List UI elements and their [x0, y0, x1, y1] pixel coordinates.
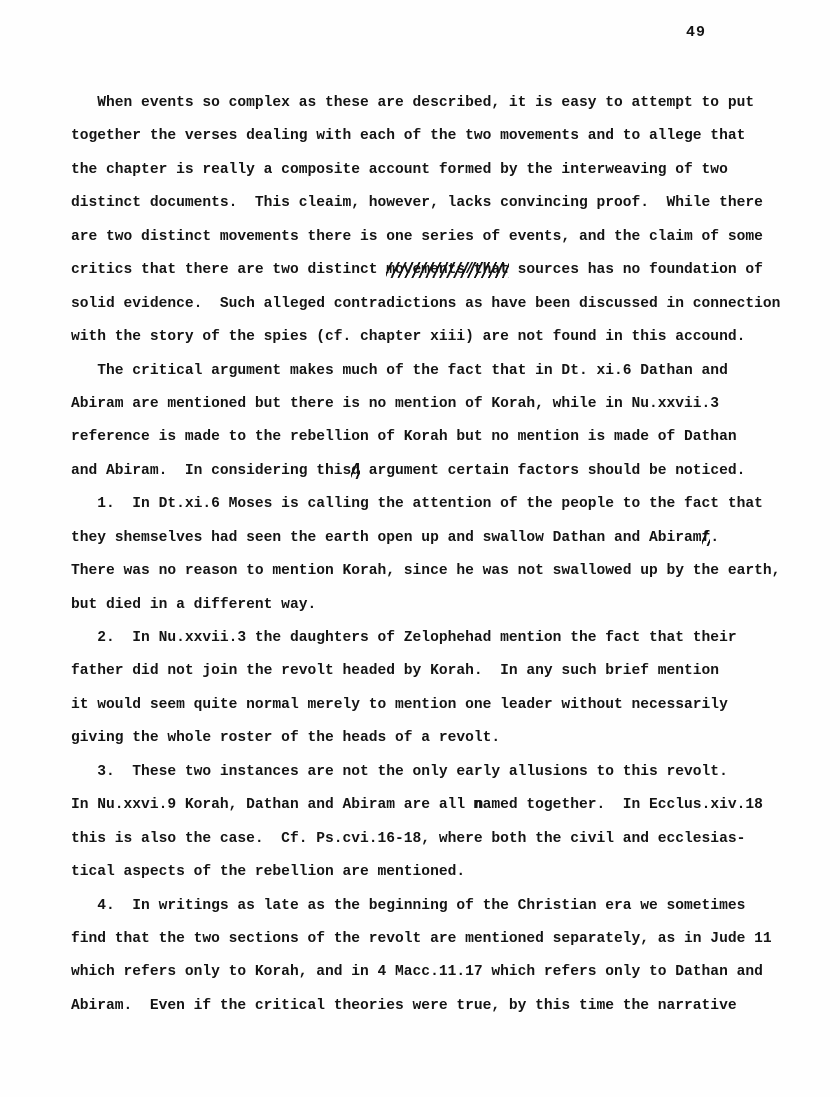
- text-segment: sources has no foundation of: [509, 262, 763, 278]
- text-segment: the chapter is really a composite accoun…: [71, 162, 728, 178]
- text-line: When events so complex as these are desc…: [71, 87, 811, 120]
- text-line: solid evidence. Such alleged contradicti…: [71, 288, 811, 321]
- text-segment: reference is made to the rebellion of Ko…: [71, 429, 737, 445]
- text-segment: giving the whole roster of the heads of …: [71, 730, 500, 746]
- text-line: 2. In Nu.xxvii.3 the daughters of Zeloph…: [71, 622, 811, 655]
- text-segment: argument certain factors should be notic…: [360, 463, 745, 479]
- text-line: 1. In Dt.xi.6 Moses is calling the atten…: [71, 488, 811, 521]
- text-line: which refers only to Korah, and in 4 Mac…: [71, 956, 811, 989]
- text-line: find that the two sections of the revolt…: [71, 923, 811, 956]
- text-segment: tical aspects of the rebellion are menti…: [71, 864, 465, 880]
- text-segment: There was no reason to mention Korah, si…: [71, 563, 780, 579]
- text-segment: 3. These two instances are not the only …: [71, 764, 728, 780]
- text-line: the chapter is really a composite accoun…: [71, 154, 811, 187]
- text-line: father did not join the revolt headed by…: [71, 655, 811, 688]
- text-segment: In Nu.xxvi.9 Korah, Dathan and Abiram ar…: [71, 797, 474, 813]
- text-segment: father did not join the revolt headed by…: [71, 663, 719, 679]
- text-segment: distinct documents. This cleaim, however…: [71, 195, 763, 211]
- text-line: 3. These two instances are not the only …: [71, 756, 811, 789]
- overtyped-text: n: [474, 797, 483, 813]
- text-line: they shemselves had seen the earth open …: [71, 522, 811, 555]
- text-segment: which refers only to Korah, and in 4 Mac…: [71, 964, 763, 980]
- text-line: distinct documents. This cleaim, however…: [71, 187, 811, 220]
- text-segment: are two distinct movements there is one …: [71, 229, 763, 245]
- text-line: are two distinct movements there is one …: [71, 221, 811, 254]
- text-line: together the verses dealing with each of…: [71, 120, 811, 153]
- text-segment: amed together. In Ecclus.xiv.18: [483, 797, 763, 813]
- text-segment: but died in a different way.: [71, 597, 316, 613]
- text-segment: When events so complex as these are desc…: [71, 95, 754, 111]
- text-segment: 4. In writings as late as the beginning …: [71, 898, 745, 914]
- text-segment: find that the two sections of the revolt…: [71, 931, 772, 947]
- text-segment: this is also the case. Cf. Ps.cvi.16-18,…: [71, 831, 745, 847]
- text-line: critics that there are two distinct move…: [71, 254, 811, 287]
- text-segment: solid evidence. Such alleged contradicti…: [71, 296, 780, 312]
- text-segment: together the verses dealing with each of…: [71, 128, 745, 144]
- text-line: and Abiram. In considering thisd argumen…: [71, 455, 811, 488]
- document-page: 49 When events so complex as these are d…: [0, 0, 840, 1097]
- text-segment: they shemselves had seen the earth open …: [71, 530, 702, 546]
- text-segment: with the story of the spies (cf. chapter…: [71, 329, 745, 345]
- text-line: it would seem quite normal merely to men…: [71, 689, 811, 722]
- text-line: 4. In writings as late as the beginning …: [71, 890, 811, 923]
- text-line: this is also the case. Cf. Ps.cvi.16-18,…: [71, 823, 811, 856]
- document-lines: When events so complex as these are desc…: [71, 87, 811, 1023]
- text-line: reference is made to the rebellion of Ko…: [71, 421, 811, 454]
- text-line: but died in a different way.: [71, 589, 811, 622]
- text-line: giving the whole roster of the heads of …: [71, 722, 811, 755]
- text-segment: The critical argument makes much of the …: [71, 363, 728, 379]
- struck-text: movements/that: [386, 262, 509, 278]
- text-line: with the story of the spies (cf. chapter…: [71, 321, 811, 354]
- text-line: Abiram are mentioned but there is no men…: [71, 388, 811, 421]
- text-segment: it would seem quite normal merely to men…: [71, 697, 728, 713]
- text-segment: and Abiram. In considering this: [71, 463, 351, 479]
- text-line: In Nu.xxvi.9 Korah, Dathan and Abiram ar…: [71, 789, 811, 822]
- text-segment: Abiram are mentioned but there is no men…: [71, 396, 719, 412]
- struck-text: f: [702, 530, 711, 546]
- text-line: The critical argument makes much of the …: [71, 355, 811, 388]
- text-line: There was no reason to mention Korah, si…: [71, 555, 811, 588]
- text-line: tical aspects of the rebellion are menti…: [71, 856, 811, 889]
- struck-text: d: [351, 463, 360, 479]
- text-segment: critics that there are two distinct: [71, 262, 386, 278]
- text-line: Abiram. Even if the critical theories we…: [71, 990, 811, 1023]
- text-segment: Abiram. Even if the critical theories we…: [71, 998, 737, 1014]
- page-number: 49: [686, 24, 706, 41]
- text-segment: 2. In Nu.xxvii.3 the daughters of Zeloph…: [71, 630, 737, 646]
- text-segment: 1. In Dt.xi.6 Moses is calling the atten…: [71, 496, 763, 512]
- text-segment: .: [710, 530, 719, 546]
